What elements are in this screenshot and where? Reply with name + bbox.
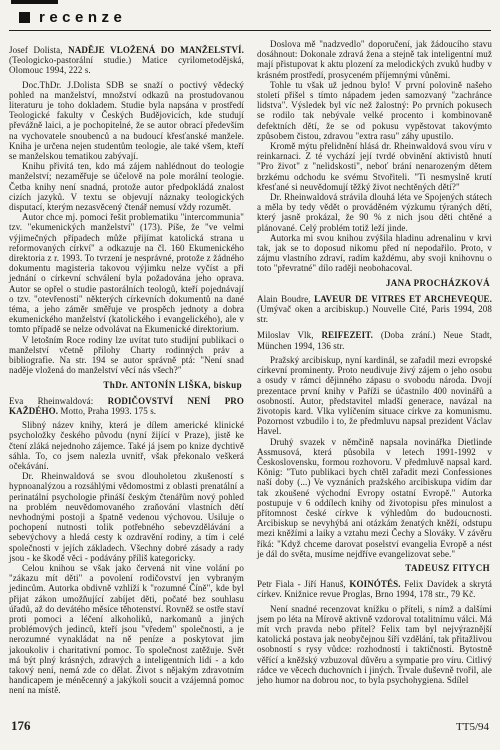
- book-heading: Miloslav Vlk, REIFEZEIT. (Doba zrání.) N…: [257, 330, 492, 350]
- review-paragraph: Pražský arcibiskup, nyní kardinál, se za…: [257, 355, 492, 437]
- review-paragraph: Autorka mi svou knihou zvýšila hladinu a…: [257, 233, 492, 274]
- review-paragraph: Dr. Rheinwaldová se svou dlouholetou zku…: [9, 471, 244, 563]
- review-paragraph: Druhý svazek v němčině napsala novinářka…: [257, 437, 492, 559]
- page-footer: 176 TT5/94: [11, 718, 489, 734]
- reviewer-signature: TADEUSZ FITYCH: [257, 563, 490, 573]
- reviewer-signature: ThDr. ANTONÍN LIŠKA, biskup: [9, 380, 242, 390]
- issue-code: TT5/94: [456, 721, 489, 733]
- two-column-body: Josef Dolista, NADĚJE VLOŽENÁ DO MANŽELS…: [0, 31, 500, 696]
- top-edge-mark: [11, 0, 58, 4]
- reviewer-signature: JANA PROCHÁZKOVÁ: [257, 278, 490, 288]
- left-column: Josef Dolista, NADĚJE VLOŽENÁ DO MANŽELS…: [9, 39, 244, 696]
- review-paragraph: Kromě mýtu přelidnění hlásá dr. Rheinwal…: [257, 141, 492, 192]
- review-paragraph: Tohle tu však už jednou bylo! V první po…: [257, 80, 492, 141]
- book-heading: Eva Rheinwaldová: RODIČOVSTVÍ NENÍ PRO K…: [9, 396, 244, 416]
- review-paragraph: Knihu přivítá ten, kdo má zájem nahlédno…: [9, 161, 244, 212]
- book-heading: Josef Dolista, NADĚJE VLOŽENÁ DO MANŽELS…: [9, 45, 244, 76]
- journal-page: recenze Josef Dolista, NADĚJE VLOŽENÁ DO…: [0, 0, 500, 750]
- review-paragraph: Celou knihou se však jako červená nit vi…: [9, 563, 244, 696]
- review-paragraph: Dr. Rheinwaldová strávila dlouhá léta ve…: [257, 192, 492, 233]
- section-title: recenze: [39, 9, 126, 26]
- section-header: recenze: [0, 0, 500, 26]
- review-paragraph: Autor chce mj. pomoci řešit problematiku…: [9, 212, 244, 334]
- square-bullet-icon: [19, 12, 30, 23]
- review-paragraph: Doslova mě "nadzvedlo" doporučení, jak ž…: [257, 39, 492, 80]
- page-number: 176: [11, 718, 31, 734]
- book-heading: Petr Fiala - Jiří Hanuš, KOINÓTÉS. Felix…: [257, 579, 492, 599]
- review-paragraph: Není snadné recenzovat knížku o příteli,…: [257, 604, 492, 686]
- review-paragraph: Doc.ThDr. J.Dolista SDB se snaží o pocti…: [9, 80, 244, 162]
- book-heading: Alain Boudre, LAVEUR DE VITRES ET ARCHEV…: [257, 294, 492, 325]
- right-column: Doslova mě "nadzvedlo" doporučení, jak ž…: [257, 39, 492, 696]
- review-paragraph: Slibný název knihy, která je dílem ameri…: [9, 420, 244, 471]
- review-paragraph: V letošním Roce rodiny lze uvítat tuto s…: [9, 335, 244, 376]
